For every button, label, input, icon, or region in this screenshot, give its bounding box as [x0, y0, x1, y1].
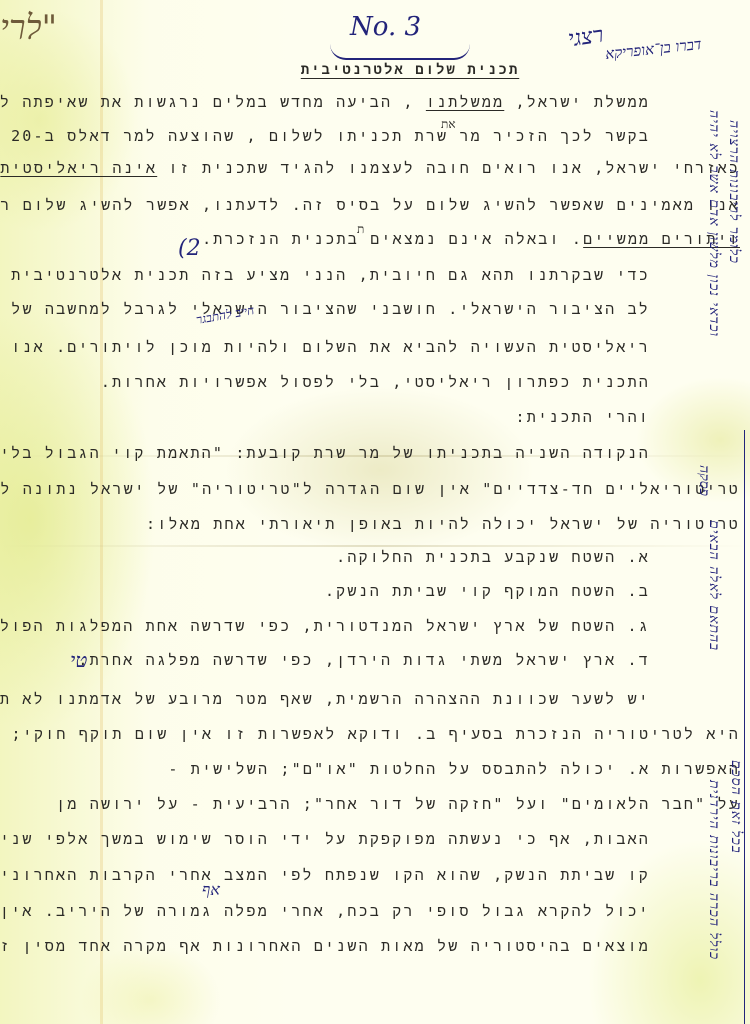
typewritten-line: והרי התכנית:: [516, 408, 650, 427]
typewritten-line: האבות, אף כי נעשתה מפוקפקת על ידי הוסר ש…: [0, 830, 650, 849]
typewritten-line: בקשר לכך הזכיר מר שרת תכניתו לשלום , שהו…: [0, 127, 650, 146]
pencil-note-top-left: לרי": [0, 8, 57, 48]
typewritten-line: ג. השטח של ארץ ישראל המנדטורית, כפי שדרש…: [0, 617, 650, 636]
right-margin-note: כלומר לריבונות הרצויה: [726, 120, 742, 420]
typewritten-line: התכנית כפתרון ריאליסטי, בלי לפסול אפשרוי…: [101, 373, 650, 392]
typewritten-line: הנקודה השניה בתכניתו של מר שרת קובעת: "ה…: [0, 444, 650, 463]
right-margin-note: כולל הכרה בריבונות הירדנית: [706, 780, 722, 1020]
paper-fold: [0, 545, 750, 547]
typewritten-line: טריטוריה של ישראל יכולה להיות באופן תיאו…: [146, 515, 740, 534]
underlined-phrase: אינה ריאליסטית: [0, 159, 157, 177]
typewritten-line: היא לטריטוריה הנזכרת בסעיף ב. ודוקא לאפש…: [12, 725, 740, 744]
right-margin-note: בהתאם לאלה הבאים: [706, 520, 722, 760]
document-number: No. 3: [350, 12, 421, 42]
interlinear-insertion: את: [441, 117, 456, 132]
circled-number-annotation: (2: [178, 236, 201, 261]
typewritten-line: ריאליסטית העשויה להביא את השלום ולהיות מ…: [0, 338, 650, 357]
typewritten-line: א. השטח שנקבע בתכנית החלוקה.: [336, 548, 650, 567]
typewritten-line: טריטוריאליים חד-צדדיים" אין שום הגדרה ל"…: [0, 480, 740, 499]
underlined-phrase: ממשלתנו: [426, 93, 504, 111]
right-margin-note: בכל זאת הסכם: [728, 760, 744, 1020]
typewritten-line: לב הציבור הישראלי. חושבני שהציבור הישראל…: [0, 300, 650, 319]
margin-mark: טי: [70, 648, 87, 673]
document-number-underline: [330, 44, 470, 60]
typewritten-line: האפשרות א. יכולה להתבסס על החלטות "או"ם"…: [168, 760, 740, 779]
typewritten-line: ד. ארץ ישראל משתי גדות הירדן, כפי שדרשה …: [78, 651, 650, 670]
document-title: תכנית שלום אלטרנטיבית: [300, 62, 520, 79]
typewritten-line: כדי שבקרתנו תהא גם חיובית, הנני מציע בזה…: [0, 266, 650, 285]
margin-mark: פסקה: [696, 465, 712, 496]
typewritten-line: יש לשער שכוונת ההצהרה הרשמית, שאף מטר מר…: [0, 690, 650, 709]
typewritten-line: מוצאים בהיסטוריה של מאות השנים האחרונות …: [0, 937, 650, 956]
typewritten-line: ממשלת ישראל, ממשלתנו , הביעה מחדש במלים …: [0, 93, 650, 112]
typewritten-line: ב. השטח המוקף קוי שביתת הנשק.: [325, 582, 650, 601]
typewritten-line: יכול להקרא גבול סופי רק בכח, אחרי מפלה ג…: [0, 902, 650, 921]
typewritten-line: על "חבר הלאומים" ועל "חזקה של דור אחר"; …: [56, 795, 740, 814]
typewritten-line: קו שביתת הנשק, שהוא הקו שנפתח לפי המצב א…: [0, 866, 650, 885]
interlinear-insertion: ת: [357, 222, 364, 237]
margin-bracket-line: [744, 430, 745, 1024]
typewritten-line: אנו מאמינים שאפשר להשיג שלום על בסיס זה.…: [0, 196, 740, 215]
margin-mark: אף: [202, 880, 220, 900]
right-margin-note: וכדאי נכון מלשון אדם אשר לא יהיה: [706, 110, 722, 430]
handwritten-initials: רצגי: [566, 22, 605, 53]
typewritten-line: כאזרחי ישראל, אנו רואים חובה לעצמנו להגי…: [0, 159, 740, 178]
typewritten-line: ויתורים ממשיים. ובאלה אינם נמצאים בתכנית…: [202, 230, 740, 249]
